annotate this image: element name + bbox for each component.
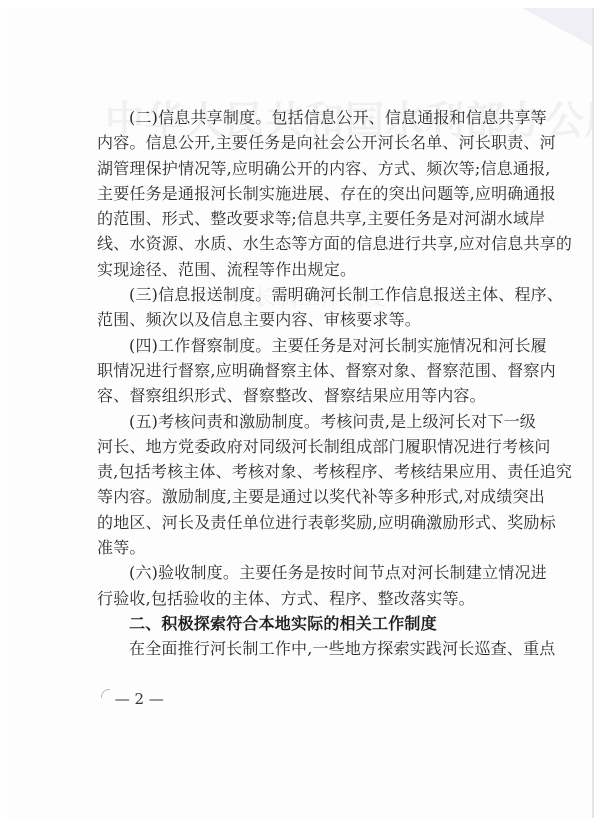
section-5-line-2: 河长、地方党委政府对同级河长制组成部门履职情况进行考核问 (97, 434, 509, 459)
section-2-line-6: 线、水资源、水质、水生态等方面的信息进行共享,应对信息共享的 (97, 231, 509, 256)
section-5-line-1: (五)考核问责和激励制度。考核问责,是上级河长对下一级 (97, 409, 509, 434)
section-5-line-3: 责,包括考核主体、考核对象、考核程序、考核结果应用、责任追究 (97, 459, 509, 484)
section-2-line-7: 实现途径、范围、流程等作出规定。 (97, 257, 509, 282)
section-3-line-2: 范围、频次以及信息主要内容、审核要求等。 (97, 307, 509, 332)
section-5-line-6: 准等。 (97, 535, 509, 560)
section-heading-2: 二、积极探索符合本地实际的相关工作制度 (97, 611, 509, 636)
section-5-line-5: 的地区、河长及责任单位进行表彰奖励,应明确激励形式、奖励标 (97, 510, 509, 535)
page-number-text: — 2 — (115, 690, 164, 708)
section-2-line-2: 内容。信息公开,主要任务是向社会公开河长名单、河长职责、河 (97, 130, 509, 155)
section-5-line-4: 等内容。激励制度,主要是通过以奖代补等多种形式,对成绩突出 (97, 484, 509, 509)
section-4-line-1: (四)工作督察制度。主要任务是对河长制实施情况和河长履 (97, 333, 509, 358)
page-number: — 2 — (103, 690, 164, 708)
section-2-line-5: 的范围、形式、整改要求等;信息共享,主要任务是对河湖水域岸 (97, 206, 509, 231)
document-body: (二)信息共享制度。包括信息公开、信息通报和信息共享等 内容。信息公开,主要任务… (97, 105, 509, 662)
section-2-line-4: 主要任务是通报河长制实施进展、存在的突出问题等,应明确通报 (97, 181, 509, 206)
page-corner-fold (522, 8, 592, 46)
section-4-line-2: 职情况进行督察,应明确督察主体、督察对象、督察范围、督察内 (97, 358, 509, 383)
section-6-line-1: (六)验收制度。主要任务是按时间节点对河长制建立情况进 (97, 560, 509, 585)
pen-mark-icon (101, 689, 110, 698)
section-2-line-1: (二)信息共享制度。包括信息公开、信息通报和信息共享等 (97, 105, 509, 130)
closing-paragraph-line-1: 在全面推行河长制工作中,一些地方探索实践河长巡查、重点 (97, 636, 509, 661)
section-6-line-2: 行验收,包括验收的主体、方式、程序、整改落实等。 (97, 586, 509, 611)
section-4-line-3: 容、督察组织形式、督察整改、督察结果应用等内容。 (97, 383, 509, 408)
section-3-line-1: (三)信息报送制度。需明确河长制工作信息报送主体、程序、 (97, 282, 509, 307)
section-2-line-3: 湖管理保护情况等,应明确公开的内容、方式、频次等;信息通报, (97, 156, 509, 181)
